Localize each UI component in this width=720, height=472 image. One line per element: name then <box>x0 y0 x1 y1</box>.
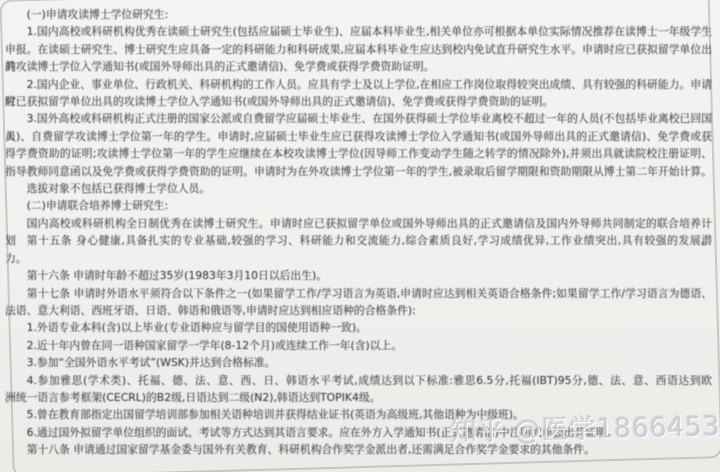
text-line: 应已获拟留学单位出具的攻读博士学位入学通知书(或国外导师出具的正式邀请信)、免学… <box>5 93 712 110</box>
text-line: 第十七条 申请时外语水平须符合以下条件之一(如果留学工作/学习语言为英语,申请时… <box>5 285 712 302</box>
text-line: 2.国内企业、事业单位、行政机关、科研机构的工作人员。应具有学士及以上学位,在相… <box>5 76 712 93</box>
document-text: (一)申请攻读博士学位研究生:1.国内高校或科研机构优秀在读硕士研究生(包括应届… <box>5 6 712 459</box>
text-line: 指导教师同意函以及免学费或获得学费资助的证明。申请时为在外攻读博士学位第一年的学… <box>5 163 712 180</box>
text-line: 2.近十年内曾在同一语种国家留学一学年(8-12个月)或连续工作一年(含)以上。 <box>5 337 712 354</box>
text-line: 洲统一语言参考框架(CECRL)的B2级,日语达到二级(N2),韩语达到TOPI… <box>5 389 712 406</box>
text-line: 1.国内高校或科研机构优秀在读硕士研究生(包括应届硕士毕业生)、应届本科毕业生,… <box>5 23 712 40</box>
text-line: (一)申请攻读博士学位研究生: <box>5 6 712 23</box>
text-line: 6.通过国外拟留学单位组织的面试、考试等方式达到其语言要求。应在外方入学通知书(… <box>5 424 712 441</box>
text-line: 4.参加雅思(学术类)、托福、德、法、意、西、日、韩语水平考试,成绩达到以下标准… <box>5 372 712 389</box>
text-line: 1.外语专业本科(含)以上毕业(专业语种应与留学目的国使用语种一致)。 <box>5 319 712 336</box>
text-line: 力。 <box>5 250 712 267</box>
text-line: 的攻读博士学位入学通知书(或国外导师出具的正式邀请信)、免学费或获得学费资助证明… <box>5 58 712 75</box>
text-line: 第十八条 申请通过国家留学基金委与国外有关教育、科研机构合作奖学金派出者,还需满… <box>5 441 712 458</box>
text-line: 国内高校或科研机构全日制优秀在读博士研究生。申请时应已获拟留学单位或国外导师出具… <box>5 215 712 232</box>
text-line: 员)、自费留学攻读博士学位第一年的学生。申请时,应届硕士毕业生应已获得攻读博士学… <box>5 128 712 145</box>
text-line: 3.国外高校或科研机构正式注册的国家公派或自费留学应届硕士毕业生、在国外获得硕士… <box>5 110 712 127</box>
text-line: 第十五条 身心健康,具备扎实的专业基础,较强的学习、科研能力和交流能力,综合素质… <box>5 232 712 249</box>
text-line: 得学费资助的证明;攻读博士学位第一年的学生应继续在本校攻读博士学位(因导师工作变… <box>5 145 712 162</box>
text-line: 第十六条 申请时年龄不超过35岁(1983年3月10日以后出生)。 <box>5 267 712 284</box>
text-line: 3.参加“全国外语水平考试”(WSK)并达到合格标准。 <box>5 354 712 371</box>
text-line: 法语、意大利语、西班牙语、日语、韩语和俄语等,申请时应达到相应语种的合格条件): <box>5 302 712 319</box>
text-line: 申报。在读硕士研究生、博士研究生应具备一定的科研能力和科研成果,应届本科毕业生应… <box>5 41 712 58</box>
text-line: 选拔对象不包括已获得博士学位人员。 <box>5 180 712 197</box>
text-line: 5.曾在教育部指定出国留学培训部参加相关语种培训并获得结业证书(英语为高级班,其… <box>5 406 712 423</box>
text-line: (二)申请联合培养博士研究生: <box>5 197 712 214</box>
